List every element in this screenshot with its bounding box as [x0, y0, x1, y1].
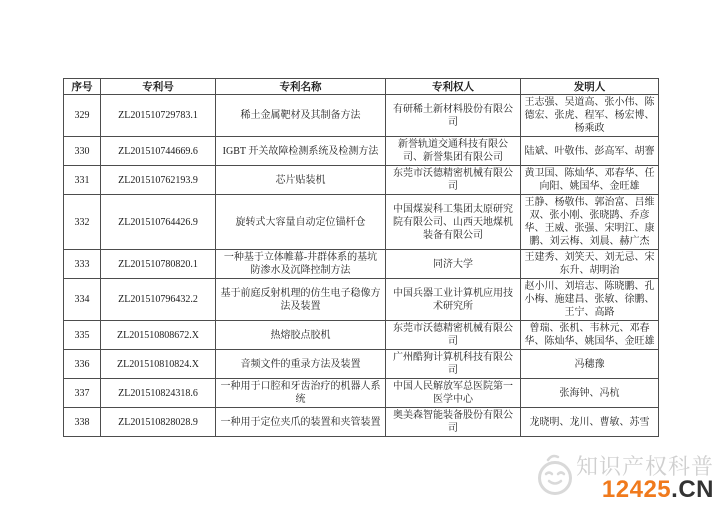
- table-row: 337ZL201510824318.6一种用于口腔和牙齿治疗的机器人系统中国人民…: [64, 379, 659, 408]
- cell-inventors: 龙晓明、龙川、曹敏、苏雪: [521, 408, 659, 437]
- column-header: 发明人: [521, 79, 659, 95]
- cell-inventors: 张海钟、冯杭: [521, 379, 659, 408]
- mascot-face-icon: [534, 450, 574, 503]
- cell-holder: 中国人民解放军总医院第一医学中心: [386, 379, 521, 408]
- cell-title: 旋转式大容量自动定位锚杆仓: [216, 195, 386, 250]
- cell-holder: 广州酷狗计算机科技有限公司: [386, 350, 521, 379]
- cell-inventors: 王静、杨敬伟、郭治富、吕维双、张小刚、张晓鹍、乔彦华、王威、张强、宋明江、康鹏、…: [521, 195, 659, 250]
- cell-patent_no: ZL201510780820.1: [101, 250, 216, 279]
- header-row: 序号专利号专利名称专利权人发明人: [64, 79, 659, 95]
- column-header: 序号: [64, 79, 101, 95]
- column-header: 专利权人: [386, 79, 521, 95]
- table-row: 338ZL201510828028.9一种用于定位夹爪的装置和夹管装置奥美森智能…: [64, 408, 659, 437]
- cell-holder: 东莞市沃德精密机械有限公司: [386, 166, 521, 195]
- watermark-domain-suffix: .CN: [671, 476, 714, 503]
- cell-patent_no: ZL201510764426.9: [101, 195, 216, 250]
- cell-holder: 东莞市沃德精密机械有限公司: [386, 321, 521, 350]
- column-header: 专利名称: [216, 79, 386, 95]
- cell-title: 一种用于口腔和牙齿治疗的机器人系统: [216, 379, 386, 408]
- cell-inventors: 冯穗豫: [521, 350, 659, 379]
- cell-no: 333: [64, 250, 101, 279]
- cell-inventors: 陆斌、叶敬伟、彭高军、胡謇: [521, 137, 659, 166]
- cell-patent_no: ZL201510828028.9: [101, 408, 216, 437]
- cell-title: IGBT 开关故障检测系统及检测方法: [216, 137, 386, 166]
- table-row: 336ZL201510810824.X音频文件的重录方法及装置广州酷狗计算机科技…: [64, 350, 659, 379]
- cell-inventors: 赵小川、刘培志、陈晓鹏、孔小梅、施建昌、张敏、徐鹏、王宁、高路: [521, 279, 659, 321]
- cell-no: 336: [64, 350, 101, 379]
- cell-title: 热熔胶点胶机: [216, 321, 386, 350]
- cell-holder: 中国煤炭科工集团太原研究院有限公司、山西天地煤机装备有限公司: [386, 195, 521, 250]
- cell-patent_no: ZL201510744669.6: [101, 137, 216, 166]
- cell-inventors: 王建秀、刘笑天、刘无忌、宋东升、胡明治: [521, 250, 659, 279]
- cell-inventors: 黄卫国、陈灿华、邓春华、任向阳、姚国华、金旺雄: [521, 166, 659, 195]
- cell-holder: 有研稀土新材料股份有限公司: [386, 95, 521, 137]
- cell-patent_no: ZL201510824318.6: [101, 379, 216, 408]
- table-body: 329ZL201510729783.1稀土金属靶材及其制备方法有研稀土新材料股份…: [64, 95, 659, 437]
- cell-title: 基于前庭反射机理的仿生电子稳像方法及装置: [216, 279, 386, 321]
- cell-no: 331: [64, 166, 101, 195]
- cell-holder: 中国兵器工业计算机应用技术研究所: [386, 279, 521, 321]
- watermark: 知识产权科普 12425.CN: [534, 448, 714, 502]
- cell-patent_no: ZL201510762193.9: [101, 166, 216, 195]
- table-row: 329ZL201510729783.1稀土金属靶材及其制备方法有研稀土新材料股份…: [64, 95, 659, 137]
- table-row: 331ZL201510762193.9芯片贴装机东莞市沃德精密机械有限公司黄卫国…: [64, 166, 659, 195]
- table-row: 334ZL201510796432.2基于前庭反射机理的仿生电子稳像方法及装置中…: [64, 279, 659, 321]
- cell-no: 330: [64, 137, 101, 166]
- cell-patent_no: ZL201510729783.1: [101, 95, 216, 137]
- cell-no: 338: [64, 408, 101, 437]
- cell-inventors: 曾瑞、张机、韦林元、邓春华、陈灿华、姚国华、金旺雄: [521, 321, 659, 350]
- cell-title: 音频文件的重录方法及装置: [216, 350, 386, 379]
- cell-patent_no: ZL201510810824.X: [101, 350, 216, 379]
- cell-inventors: 王志强、吴道高、张小伟、陈德宏、张虎、程军、杨宏博、杨乘政: [521, 95, 659, 137]
- cell-title: 芯片贴装机: [216, 166, 386, 195]
- table-row: 335ZL201510808672.X热熔胶点胶机东莞市沃德精密机械有限公司曾瑞…: [64, 321, 659, 350]
- cell-patent_no: ZL201510796432.2: [101, 279, 216, 321]
- watermark-domain-number: 12425: [602, 476, 671, 503]
- cell-patent_no: ZL201510808672.X: [101, 321, 216, 350]
- watermark-domain: 12425.CN: [602, 476, 714, 504]
- cell-title: 一种用于定位夹爪的装置和夹管装置: [216, 408, 386, 437]
- patent-table: 序号专利号专利名称专利权人发明人 329ZL201510729783.1稀土金属…: [63, 78, 659, 437]
- table-row: 332ZL201510764426.9旋转式大容量自动定位锚杆仓中国煤炭科工集团…: [64, 195, 659, 250]
- cell-holder: 新誉轨道交通科技有限公司、新誉集团有限公司: [386, 137, 521, 166]
- cell-no: 334: [64, 279, 101, 321]
- cell-no: 337: [64, 379, 101, 408]
- column-header: 专利号: [101, 79, 216, 95]
- cell-no: 332: [64, 195, 101, 250]
- table-row: 333ZL201510780820.1一种基于立体帷幕-井群体系的基坑防渗水及沉…: [64, 250, 659, 279]
- cell-no: 329: [64, 95, 101, 137]
- cell-title: 一种基于立体帷幕-井群体系的基坑防渗水及沉降控制方法: [216, 250, 386, 279]
- table-row: 330ZL201510744669.6IGBT 开关故障检测系统及检测方法新誉轨…: [64, 137, 659, 166]
- cell-title: 稀土金属靶材及其制备方法: [216, 95, 386, 137]
- cell-no: 335: [64, 321, 101, 350]
- cell-holder: 同济大学: [386, 250, 521, 279]
- cell-holder: 奥美森智能装备股份有限公司: [386, 408, 521, 437]
